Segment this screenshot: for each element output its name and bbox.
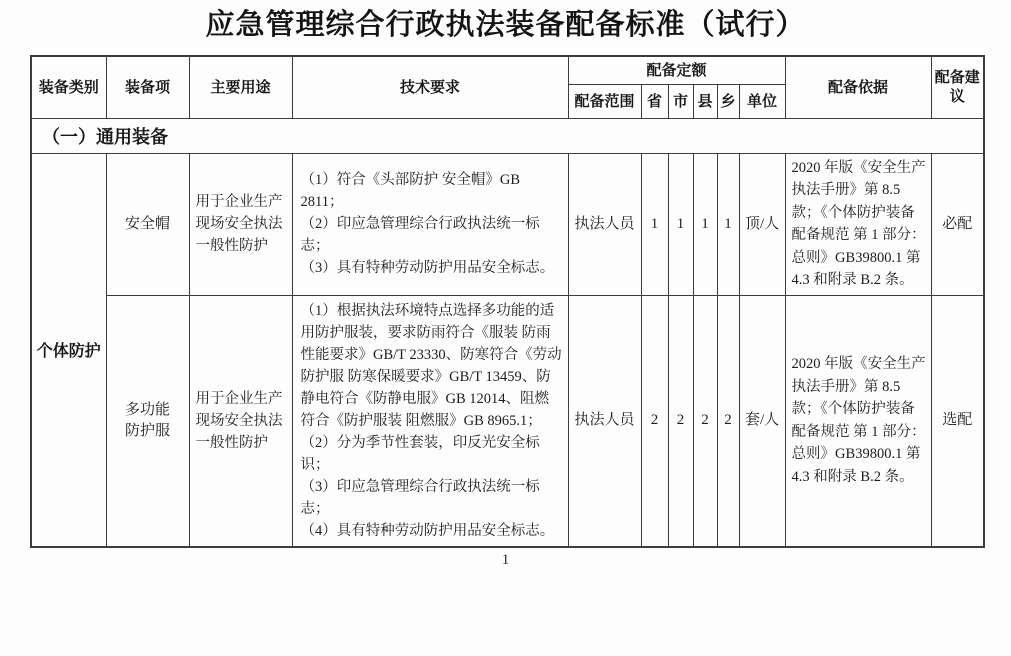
col-header-item: 装备项: [106, 56, 189, 118]
col-header-scope: 配备范围: [568, 84, 641, 118]
cell-item: 安全帽: [106, 153, 189, 295]
col-header-suggestion: 配备建议: [931, 56, 984, 118]
cell-scope: 执法人员: [568, 295, 641, 547]
col-header-township: 乡: [717, 84, 739, 118]
section-row: （一）通用装备: [31, 118, 984, 153]
cell-usage: 用于企业生产现场安全执法一般性防护: [189, 295, 292, 547]
col-header-province: 省: [641, 84, 668, 118]
col-header-tech: 技术要求: [292, 56, 568, 118]
col-header-category: 装备类别: [31, 56, 106, 118]
col-header-city: 市: [668, 84, 693, 118]
equipment-standards-table: 装备类别 装备项 主要用途 技术要求 配备定额 配备依据 配备建议 配备范围 省…: [30, 55, 985, 548]
cell-tech: （1）符合《头部防护 安全帽》GB 2811； （2）印应急管理综合行政执法统一…: [292, 153, 568, 295]
cell-township-quota: 2: [717, 295, 739, 547]
cell-tech: （1）根据执法环境特点选择多功能的适用防护服装，要求防雨符合《服装 防雨性能要求…: [292, 295, 568, 547]
cell-province-quota: 1: [641, 153, 668, 295]
cell-county-quota: 1: [693, 153, 717, 295]
cell-suggestion: 选配: [931, 295, 984, 547]
cell-unit: 套/人: [739, 295, 785, 547]
cell-scope: 执法人员: [568, 153, 641, 295]
cell-province-quota: 2: [641, 295, 668, 547]
cell-item: 多功能 防护服: [106, 295, 189, 547]
document-title: 应急管理综合行政执法装备配备标准（试行）: [0, 7, 1011, 43]
col-header-usage: 主要用途: [189, 56, 292, 118]
col-header-basis: 配备依据: [785, 56, 931, 118]
cell-basis: 2020 年版《安全生产执法手册》第 8.5 款；《个体防护装备配备规范 第 1…: [785, 295, 931, 547]
table-row-protective-clothing: 多功能 防护服 用于企业生产现场安全执法一般性防护 （1）根据执法环境特点选择多…: [31, 295, 984, 547]
col-header-county: 县: [693, 84, 717, 118]
cell-suggestion: 必配: [931, 153, 984, 295]
cell-city-quota: 1: [668, 153, 693, 295]
cell-county-quota: 2: [693, 295, 717, 547]
table-row-safety-helmet: 个体防护 安全帽 用于企业生产现场安全执法一般性防护 （1）符合《头部防护 安全…: [31, 153, 984, 295]
col-header-unit: 单位: [739, 84, 785, 118]
cell-usage: 用于企业生产现场安全执法一般性防护: [189, 153, 292, 295]
page-number: 1: [0, 552, 1011, 569]
header-row-top: 装备类别 装备项 主要用途 技术要求 配备定额 配备依据 配备建议: [31, 56, 984, 84]
cell-category: 个体防护: [31, 153, 106, 547]
col-header-quota-group: 配备定额: [568, 56, 785, 84]
cell-unit: 顶/人: [739, 153, 785, 295]
cell-basis: 2020 年版《安全生产执法手册》第 8.5 款；《个体防护装备配备规范 第 1…: [785, 153, 931, 295]
cell-township-quota: 1: [717, 153, 739, 295]
document-page: 应急管理综合行政执法装备配备标准（试行） 装备类别 装备项 主要用途 技术要求 …: [0, 0, 1011, 656]
section-title: （一）通用装备: [31, 118, 984, 153]
cell-city-quota: 2: [668, 295, 693, 547]
